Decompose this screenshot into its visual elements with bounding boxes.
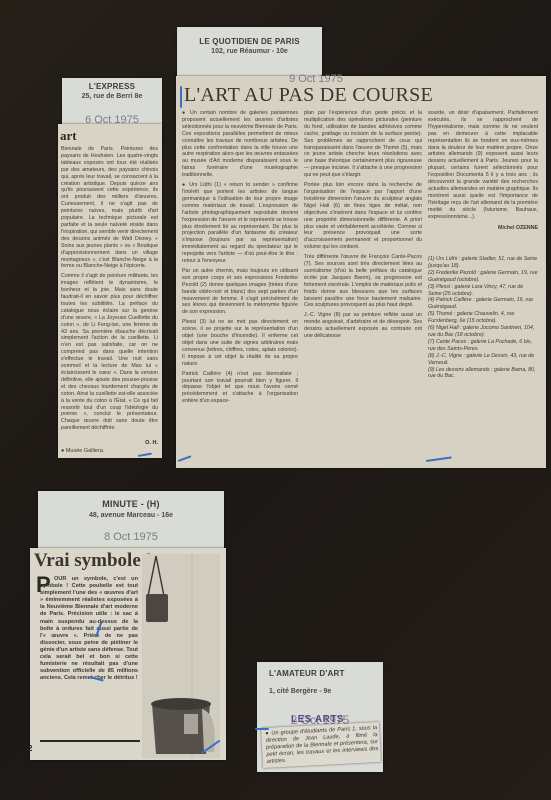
minute-body: OUR un symbole, c'est un symbole ! Cette…: [40, 576, 138, 682]
quotidien-paragraph: sourde, un désir d'apaisement. Parfaitem…: [428, 110, 538, 221]
express-publication: L'EXPRESS: [62, 82, 162, 91]
express-signature: O. H.: [145, 440, 158, 446]
gallery-note: (5) Thomé : galerie Chauvelin, 4, rue Fu…: [428, 311, 538, 325]
ink-mark: [138, 453, 152, 457]
gallery-note: (7) Cante Pacos : galerie La Pochade, 6 …: [428, 339, 538, 353]
quotidien-paragraph: J.-C. Vigne (8) par sa peinture reflète …: [304, 312, 422, 340]
express-paragraph: Biennale de Paris. Peintures des paysans…: [61, 146, 158, 270]
quotidien-article: 9 Oct 1975 L'ART AU PAS DE COURSE ● Un c…: [176, 76, 546, 468]
quotidien-publication: LE QUOTIDIEN DE PARIS: [177, 37, 322, 46]
express-heading: art: [60, 128, 77, 144]
quotidien-paragraph: ● Urs Lüthi (1) « return to sender » con…: [182, 182, 298, 265]
quotidien-paragraph: plan par l'expérience d'un geste précis …: [304, 110, 422, 179]
minute-rule: [40, 740, 140, 742]
gallery-note: (3) Plessi : galerie Lara Vincy, 47, rue…: [428, 284, 538, 298]
quotidien-paragraph: Portée plus loin encore dans la recherch…: [304, 182, 422, 251]
minute-date: 8 Oct 1975: [38, 531, 224, 543]
quotidien-paragraph: ● Un certain nombre de galeries parisien…: [182, 110, 298, 179]
amateur-body: ● Un groupe d'étudiants de Paris 1, sous…: [265, 725, 379, 766]
ink-mark: [178, 455, 192, 462]
express-address: 25, rue de Berri 8e: [62, 93, 162, 100]
ink-mark: [255, 728, 269, 730]
handbag-photo: [142, 554, 220, 758]
express-credit: ● Musée Galliera.: [61, 448, 104, 454]
express-paragraph: Comme il s'agit de peinture militante, l…: [61, 273, 158, 432]
quotidien-author: Michel OZENNE: [428, 225, 538, 232]
gallery-note: (4) Patrick Caillère : galerie Germain, …: [428, 297, 538, 311]
gallery-note: (2) Frederike Pezold : galerie Germain, …: [428, 270, 538, 284]
quotidien-paragraph: Plessi (3) lui ne se met pas directement…: [182, 319, 298, 367]
quotidien-headline: L'ART AU PAS DE COURSE: [184, 84, 433, 107]
minute-article: Vrai symbole ! P OUR un symbole, c'est u…: [30, 548, 226, 760]
ink-mark: [426, 456, 452, 462]
quotidien-paragraph: Très différente l'œuvre de François Cant…: [304, 254, 422, 309]
amateur-address: 1, cité Bergère - 9e: [257, 688, 383, 695]
express-article: art Biennale de Paris. Peintures des pay…: [58, 124, 162, 458]
quotidien-paragraph: Par un autre chemin, mais toujours en ut…: [182, 268, 298, 316]
scrapbook-page: L'EXPRESS 25, rue de Berri 8e 6 Oct 1975…: [0, 0, 551, 800]
gallery-note: (8) J.-C. Vigne : galerie Le Dessin, 43,…: [428, 353, 538, 367]
minute-stamp-slip: MINUTE - (H) 48, avenue Marceau - 16e 8 …: [38, 491, 224, 553]
amateur-article: ● Un groupe d'étudiants de Paris 1, sous…: [261, 722, 381, 768]
ink-mark: [180, 86, 182, 108]
minute-page-number: 2: [28, 744, 32, 753]
minute-publication: MINUTE - (H): [38, 499, 224, 509]
minute-headline: Vrai symbole !: [34, 550, 152, 572]
gallery-note: (6) Nigel Hall : galerie Jocomo Santiver…: [428, 325, 538, 339]
minute-address: 48, avenue Marceau - 16e: [38, 512, 224, 519]
quotidien-address: 102, rue Réaumur - 10e: [177, 48, 322, 55]
amateur-publication: L'AMATEUR D'ART: [257, 669, 383, 678]
gallery-note: (9) Les dessins allemands : galerie Bama…: [428, 367, 538, 381]
gallery-note: (1) Urs Lüthi : galerie Stadler, 51, rue…: [428, 256, 538, 270]
quotidien-paragraph: Patrick Caillère (4) n'est pas biennalis…: [182, 371, 298, 406]
